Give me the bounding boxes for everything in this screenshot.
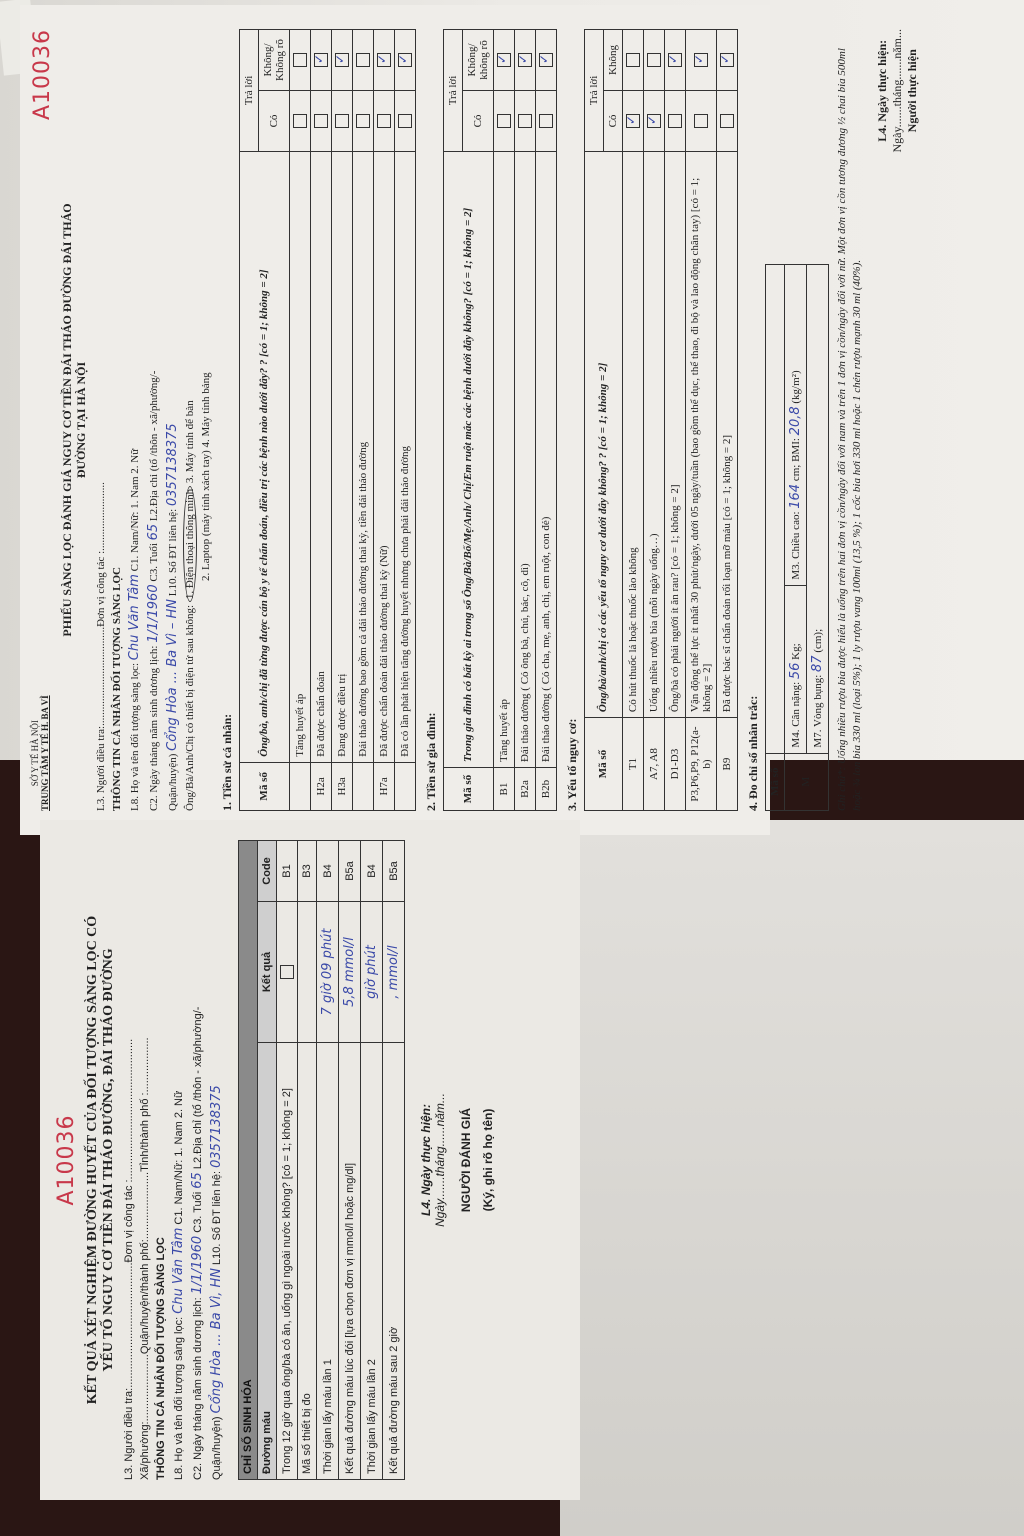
date-line[interactable]: Ngày.......tháng.......năm... [890,29,905,153]
yes-checkbox[interactable] [626,114,640,128]
alcohol-note: Ghi chú*: Uống nhiều rượu bia được hiểu … [835,29,866,811]
row-label: Vận động thể lực ít nhất 30 phút/ngày, d… [685,152,716,718]
section-2-title: 2. Tiền sử gia đình: [424,29,439,811]
row-code: B5a [339,841,361,902]
yes-checkbox[interactable] [377,114,391,128]
l4-label: L4. Ngày thực hiện: [419,840,433,1480]
l10-value[interactable]: 0357138375 [209,1085,224,1168]
row-result[interactable] [277,902,298,1043]
row-label: Đang được điều trị [331,152,352,763]
date-line[interactable]: Ngày.......tháng......năm... [433,840,447,1480]
c3-value[interactable]: 65 [146,524,161,541]
l8-label: L8. Họ và tên đối tượng sàng lọc: [173,1317,185,1480]
col-question: Trong gia đình có bất kỳ ai trong số Ông… [443,152,493,768]
result-value[interactable]: 5,8 mmol/l [342,937,357,1007]
row-code: B5a [383,841,405,902]
yes-checkbox[interactable] [293,114,307,128]
address-field[interactable]: Xã/phường:......................Quận/huy… [139,840,151,1480]
row-label: Đã được bác sĩ chẩn đoán rối loạn mỡ máu… [716,152,737,718]
row-label: Mã số thiết bị đo [298,1043,317,1480]
section-3-title: 3. Yếu tố nguy cơ: [565,29,580,811]
row-label: Kết quả đường máu lúc đói [lựa chọn đơn … [339,1043,361,1480]
device-option-2[interactable]: 2. Laptop (máy tính xách tay) [200,450,212,581]
no-checkbox[interactable] [293,53,307,67]
yes-checkbox[interactable] [398,114,412,128]
col-code: Code [258,841,277,902]
section-4-title: 4. Đo chỉ số nhân trắc: [746,29,761,811]
bmi-unit: (kg/m²) [790,370,802,403]
row-code [352,762,373,810]
c3-label: C3. Tuổi [192,1192,204,1233]
form-code: A10036 [30,29,55,120]
row-label: Tăng huyết áp [289,152,310,763]
m4-value[interactable]: 56 [788,663,803,680]
table-row: B2bĐái tháo đường ( Có cha, mẹ, anh, chị… [535,30,556,811]
l2-label: L2.Địa chỉ (tổ /thôn - xã/phường/- [148,371,160,521]
col-no: Không/ không rõ [462,30,493,91]
c1-label: C1. Nam/Nữ: 1. Nam 2. Nữ [173,1091,185,1225]
yes-checkbox[interactable] [497,114,511,128]
m4-label: M4. Cân nặng: [790,682,802,748]
signer-title: Người thực hiện [905,29,920,153]
district-value[interactable]: Cổng Hòa ... Ba Vì, HN [209,1268,224,1413]
l4-label: L4. Ngày thực hiện: [875,29,890,153]
table-row: Thời gian lấy máu lần 17 giờ 09 phútB4 [317,841,339,1480]
district-label: Quận/huyện) [167,754,179,811]
col-answer: Trả lời [584,30,603,152]
c2-value[interactable]: 1/1/1960 [146,584,161,642]
yes-checkbox[interactable] [647,114,661,128]
col-question: Ông/bà, anh/chị đã từng được cán bộ y tế… [239,152,289,763]
c2-value[interactable]: 1/1/1960 [190,1236,205,1294]
no-checkbox[interactable] [497,53,511,67]
device-option-3[interactable]: 3. Máy tính để bàn [184,400,196,483]
form-title-1: PHIẾU SÀNG LỌC ĐÁNH GIÁ NGUY CƠ TIỀN ĐÁI… [61,29,75,811]
screening-form: SỞ Y TẾ HÀ NỘI TRUNG TÂM Y TẾ H. BA VÌ A… [20,5,770,835]
col-answer: Trả lời [239,30,258,152]
no-checkbox[interactable] [694,53,708,67]
no-checkbox[interactable] [377,53,391,67]
row-result[interactable]: 5,8 mmol/l [339,902,361,1043]
anthropometric-table: Mã số M M4. Cân nặng: 56 Kg; M3. Chiều c… [765,264,829,811]
row-label: Ông/bà có phải người ít ăn rau? [có = 1;… [664,152,685,718]
no-checkbox[interactable] [398,53,412,67]
table-row: Mã số thiết bị đoB3 [298,841,317,1480]
table-row: H7aĐã được chẩn đoán đái tháo đường thai… [373,30,394,811]
col-yes: Có [462,91,493,152]
table-row: B9Đã được bác sĩ chẩn đoán rối loạn mỡ m… [716,30,737,811]
no-checkbox[interactable] [647,53,661,67]
l10-label: L10. Số ĐT liên hệ: [167,509,179,596]
bmi-label: BMI: [790,438,802,462]
col-glucose: Đường máu [258,1043,277,1480]
table-row: Đái tháo đường bao gồm cả đái tháo đường… [352,30,373,811]
district-value[interactable]: Cổng Hòa ... Ba Vì – HN [165,599,180,751]
row-label: Có hút thuốc lá hoặc thuốc lào không [622,152,643,718]
row-code: B2b [535,768,556,811]
org-line-1: SỞ Y TẾ HÀ NỘI [30,695,40,811]
code-m: M [784,753,828,810]
no-checkbox[interactable] [720,53,734,67]
yes-checkbox[interactable] [694,114,708,128]
row-label: Đã được chẩn đoán [310,152,331,763]
yes-checkbox[interactable] [335,114,349,128]
row-label: Thời gian lấy máu lần 2 [361,1043,383,1480]
risk-factors-table: Mã số Ông/bà/anh/chị có các yếu tố nguy … [584,29,738,811]
glucose-result-form: A10036 KẾT QUẢ XÉT NGHIỆM ĐƯỜNG HUYẾT CỦ… [40,820,580,1500]
l8-value[interactable]: Chu Văn Tâm [171,1228,186,1314]
row-code: B3 [298,841,317,902]
device-option-1[interactable]: 1. Điện thoại thông minh [183,486,197,602]
row-label: Đã có lần phát hiện tăng đường huyết như… [394,152,415,763]
yes-checkbox[interactable] [720,114,734,128]
col-answer: Trả lời [443,30,462,152]
m4-unit: Kg; [790,643,802,660]
c1-label: C1. Nam/Nữ: 1. Nam 2. Nữ [129,449,141,572]
no-checkbox[interactable] [626,53,640,67]
result-value[interactable]: 7 giờ 09 phút [320,929,335,1016]
answer-checkbox[interactable] [280,965,294,979]
form-title-2: ĐƯỜNG TẠI HÀ NỘI [75,29,89,811]
row-code: B1 [493,768,514,811]
form-title-1: KẾT QUẢ XÉT NGHIỆM ĐƯỜNG HUYẾT CỦA ĐỐI T… [85,840,101,1480]
table-row: B1Tăng huyết áp [493,30,514,811]
table-row: T1Có hút thuốc lá hoặc thuốc lào không [622,30,643,811]
m7-unit: (cm); [812,629,824,653]
signer-note: (Ký, ghi rõ họ tên) [481,840,495,1480]
row-label: Đái tháo đường bao gồm cả đái tháo đường… [352,152,373,763]
row-code: P3,P6,P9, P12(a-b) [685,718,716,811]
m3-value[interactable]: 164 [788,484,803,509]
table-row: A7, A8Uống nhiều rượu bia (mỗi ngày uống… [643,30,664,811]
row-result[interactable]: , mmol/l [383,902,405,1043]
row-label: Đái tháo đường ( Có cha, mẹ, anh, chị, e… [535,152,556,768]
l8-label: L8. Họ và tên đối tượng sàng lọc: [129,663,141,811]
row-label: Kết quả đường máu sau 2 giờ [383,1043,405,1480]
l8-value[interactable]: Chu Văn Tâm [127,574,142,660]
no-checkbox[interactable] [335,53,349,67]
section-personal: THÔNG TIN CÁ NHÂN ĐỐI TƯỢNG SÀNG LỌC [155,840,167,1480]
col-code: Mã số [239,762,289,810]
row-result[interactable]: 7 giờ 09 phút [317,902,339,1043]
table-row: Kết quả đường máu lúc đói [lựa chọn đơn … [339,841,361,1480]
form-code: A10036 [54,840,79,1480]
l3-field[interactable]: L3. Người điều tra:.....................… [123,840,135,1480]
col-yes: Có [258,91,289,152]
table-row: H2aĐã được chẩn đoán [310,30,331,811]
l2-label: L2.Địa chỉ (tổ /thôn - xã/phường/- [192,1007,204,1170]
no-checkbox[interactable] [356,53,370,67]
row-label: Đái tháo đường ( Có ông bà, chú, bác, cô… [514,152,535,768]
table-header: CHỈ SỐ SINH HÓA [239,841,258,1480]
row-code: B4 [317,841,339,902]
signer-title: NGƯỜI ĐÁNH GIÁ [459,840,473,1480]
section-personal: THÔNG TIN CÁ NHÂN ĐỐI TƯỢNG SÀNG LỌC [111,29,123,811]
col-code: Mã số [443,768,493,811]
table-row: Đã có lần phát hiện tăng đường huyết như… [394,30,415,811]
table-row: Trong 12 giờ qua ông/bà có ăn, uống gì n… [277,841,298,1480]
row-code: B4 [361,841,383,902]
yes-checkbox[interactable] [314,114,328,128]
row-code: B2a [514,768,535,811]
biochem-table: CHỈ SỐ SINH HÓA Đường máu Kết quả Code T… [238,840,405,1480]
m7-label: M7. Vòng bụng: [812,675,824,748]
yes-checkbox[interactable] [668,114,682,128]
bmi-value[interactable]: 20,8 [788,406,803,435]
m7-value[interactable]: 87 [810,655,825,672]
col-result: Kết quả [258,902,277,1043]
row-code [289,762,310,810]
l3-field[interactable]: L3. Người điều tra:.....................… [95,29,107,811]
row-code: T1 [622,718,643,811]
no-checkbox[interactable] [668,53,682,67]
row-code: H2a [310,762,331,810]
yes-checkbox[interactable] [518,114,532,128]
no-checkbox[interactable] [314,53,328,67]
result-value[interactable]: , mmol/l [386,945,401,998]
table-row: P3,P6,P9, P12(a-b)Vận động thể lực ít nh… [685,30,716,811]
row-code: B9 [716,718,737,811]
org-line-2: TRUNG TÂM Y TẾ H. BA VÌ [40,695,50,811]
row-code: D1-D3 [664,718,685,811]
no-checkbox[interactable] [518,53,532,67]
col-code: Mã số [765,753,784,810]
row-result[interactable]: giờ phút [361,902,383,1043]
row-code: B1 [277,841,298,902]
row-code: A7, A8 [643,718,664,811]
row-code: H7a [373,762,394,810]
family-history-table: Mã số Trong gia đình có bất kỳ ai trong … [443,29,557,811]
personal-history-table: Mã số Ông/bà, anh/chị đã từng được cán b… [239,29,416,811]
c2-label: C2. Ngày tháng năm sinh dương lịch: [192,1297,204,1480]
col-yes: Có [603,91,622,152]
device-option-4[interactable]: 4. Máy tính bảng [200,372,212,447]
result-value[interactable]: giờ phút [364,945,379,999]
c2-label: C2. Ngày tháng năm sinh dương lịch: [148,646,160,811]
yes-checkbox[interactable] [539,114,553,128]
row-label: Uống nhiều rượu bia (mỗi ngày uống…) [643,152,664,718]
row-result[interactable] [298,902,317,1043]
c3-value[interactable]: 65 [190,1172,205,1189]
section-1-title: 1. Tiền sử cá nhân: [220,29,235,811]
no-checkbox[interactable] [539,53,553,67]
table-row: Thời gian lấy máu lần 2giờ phútB4 [361,841,383,1480]
table-row: Kết quả đường máu sau 2 giờ, mmol/lB5a [383,841,405,1480]
form-title-2: YẾU TỐ NGUY CƠ TIỀN ĐÁI THÁO ĐƯỜNG, ĐÁI … [101,840,117,1480]
table-row: B2aĐái tháo đường ( Có ông bà, chú, bác,… [514,30,535,811]
row-label: Đã được chẩn đoán đái tháo đường thai kỳ… [373,152,394,763]
row-code [394,762,415,810]
table-surface-bottom [560,820,1024,1536]
yes-checkbox[interactable] [356,114,370,128]
col-no: Không/ Không rõ [258,30,289,91]
row-label: Tăng huyết áp [493,152,514,768]
c3-label: C3. Tuổi [148,543,160,582]
col-question: Ông/bà/anh/chị có các yếu tố nguy cơ dướ… [584,152,622,718]
col-code: Mã số [584,718,622,811]
table-row: D1-D3Ông/bà có phải người ít ăn rau? [có… [664,30,685,811]
row-label: Thời gian lấy máu lần 1 [317,1043,339,1480]
m3-unit: cm; [790,465,802,482]
col-no: Không [603,30,622,91]
l10-value[interactable]: 0357138375 [165,423,180,506]
row-code: H3a [331,762,352,810]
row-label: Trong 12 giờ qua ông/bà có ăn, uống gì n… [277,1043,298,1480]
district-label: Quận/huyện) [211,1416,223,1480]
table-row: Tăng huyết áp [289,30,310,811]
m3-label: M3. Chiều cao: [790,511,802,579]
table-row: H3aĐang được điều trị [331,30,352,811]
l10-label: L10. Số ĐT liên hệ: [211,1171,223,1265]
device-question: Ông/Bà/Anh/Chị có thiết bị điện tử sau k… [184,605,196,811]
